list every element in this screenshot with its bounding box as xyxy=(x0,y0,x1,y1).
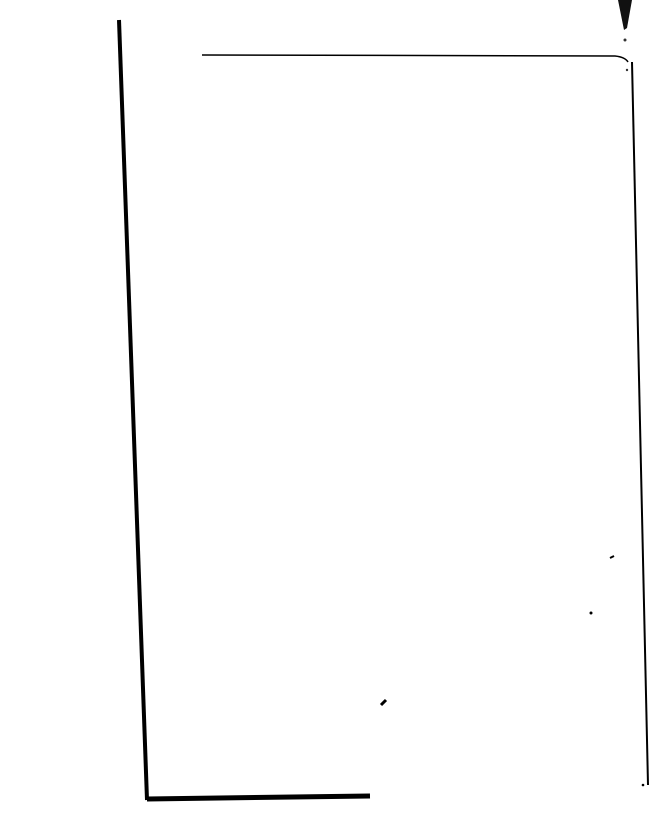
speck xyxy=(381,700,386,705)
scanned-page xyxy=(0,0,660,816)
speck xyxy=(590,612,593,615)
left-border-line xyxy=(119,20,147,800)
speck xyxy=(642,784,645,787)
page-border-lines xyxy=(0,0,660,816)
top-border-line xyxy=(202,55,628,62)
speck xyxy=(624,39,627,42)
ink-smudge xyxy=(618,0,632,30)
speck xyxy=(610,556,614,558)
right-border-line xyxy=(632,62,648,785)
bottom-border-line xyxy=(147,796,370,799)
speck xyxy=(626,69,628,71)
